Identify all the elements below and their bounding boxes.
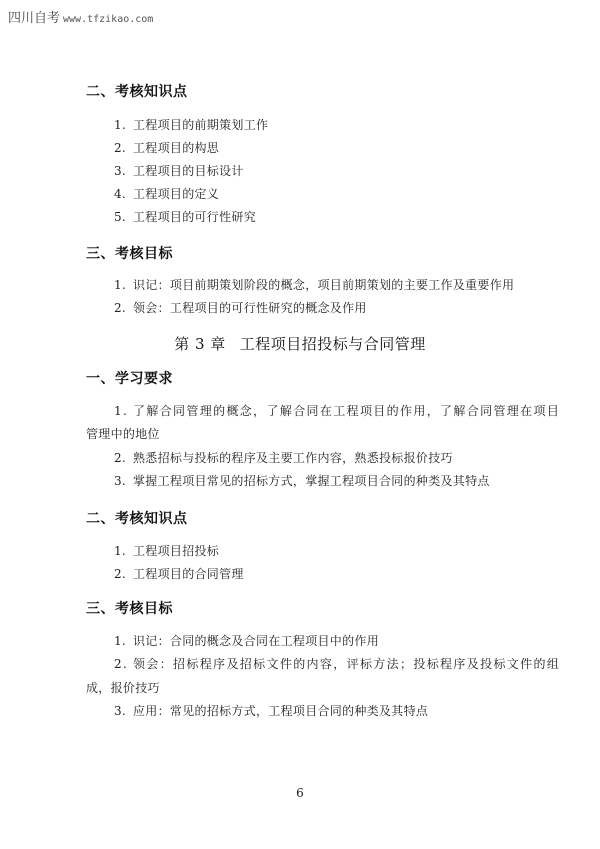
- section-heading-assessment-goals: 三、考核目标: [86, 243, 173, 263]
- chapter-number: 第 3 章: [174, 335, 226, 353]
- page-number: 6: [0, 786, 600, 800]
- list-item: 2.领会：招标程序及招标文件的内容，评标方法；投标程序及投标文件的组: [114, 655, 560, 672]
- list-item: 2.领会：工程项目的可行性研究的概念及作用: [114, 299, 367, 316]
- section-heading-study-requirements: 一、学习要求: [86, 368, 173, 388]
- watermark-url: www.tfzikao.com: [63, 14, 153, 25]
- list-item-continuation: 成，报价技巧: [86, 679, 160, 696]
- list-item: 3.应用：常见的招标方式，工程项目合同的种类及其特点: [114, 702, 428, 719]
- watermark-name: 四川自考: [8, 11, 60, 26]
- section-heading-assessment-goals: 三、考核目标: [86, 598, 173, 618]
- list-item: 1.工程项目的前期策划工作: [114, 116, 268, 133]
- list-item-continuation: 管理中的地位: [86, 425, 160, 442]
- section-heading-knowledge-points: 二、考核知识点: [86, 508, 188, 528]
- list-item: 1.了解合同管理的概念，了解合同在工程项目的作用，了解合同管理在项目: [114, 402, 560, 419]
- section-heading-knowledge-points: 二、考核知识点: [86, 81, 188, 101]
- list-item: 1.识记：合同的概念及合同在工程项目中的作用: [114, 632, 379, 649]
- list-item: 1.识记：项目前期策划阶段的概念，项目前期策划的主要工作及重要作用: [114, 276, 514, 293]
- list-item: 1.工程项目招投标: [114, 542, 219, 559]
- list-item: 2.工程项目的合同管理: [114, 565, 244, 582]
- list-item: 4.工程项目的定义: [114, 185, 219, 202]
- chapter-name: 工程项目招投标与合同管理: [240, 335, 426, 353]
- chapter-title: 第 3 章工程项目招投标与合同管理: [86, 333, 514, 354]
- list-item: 5.工程项目的可行性研究: [114, 208, 256, 225]
- list-item: 2.熟悉招标与投标的程序及主要工作内容，熟悉投标报价技巧: [114, 449, 453, 466]
- list-item: 3.掌握工程项目常见的招标方式，掌握工程项目合同的种类及其特点: [114, 472, 490, 489]
- site-watermark: 四川自考www.tfzikao.com: [8, 7, 153, 26]
- list-item: 2.工程项目的构思: [114, 139, 219, 156]
- list-item: 3.工程项目的目标设计: [114, 162, 244, 179]
